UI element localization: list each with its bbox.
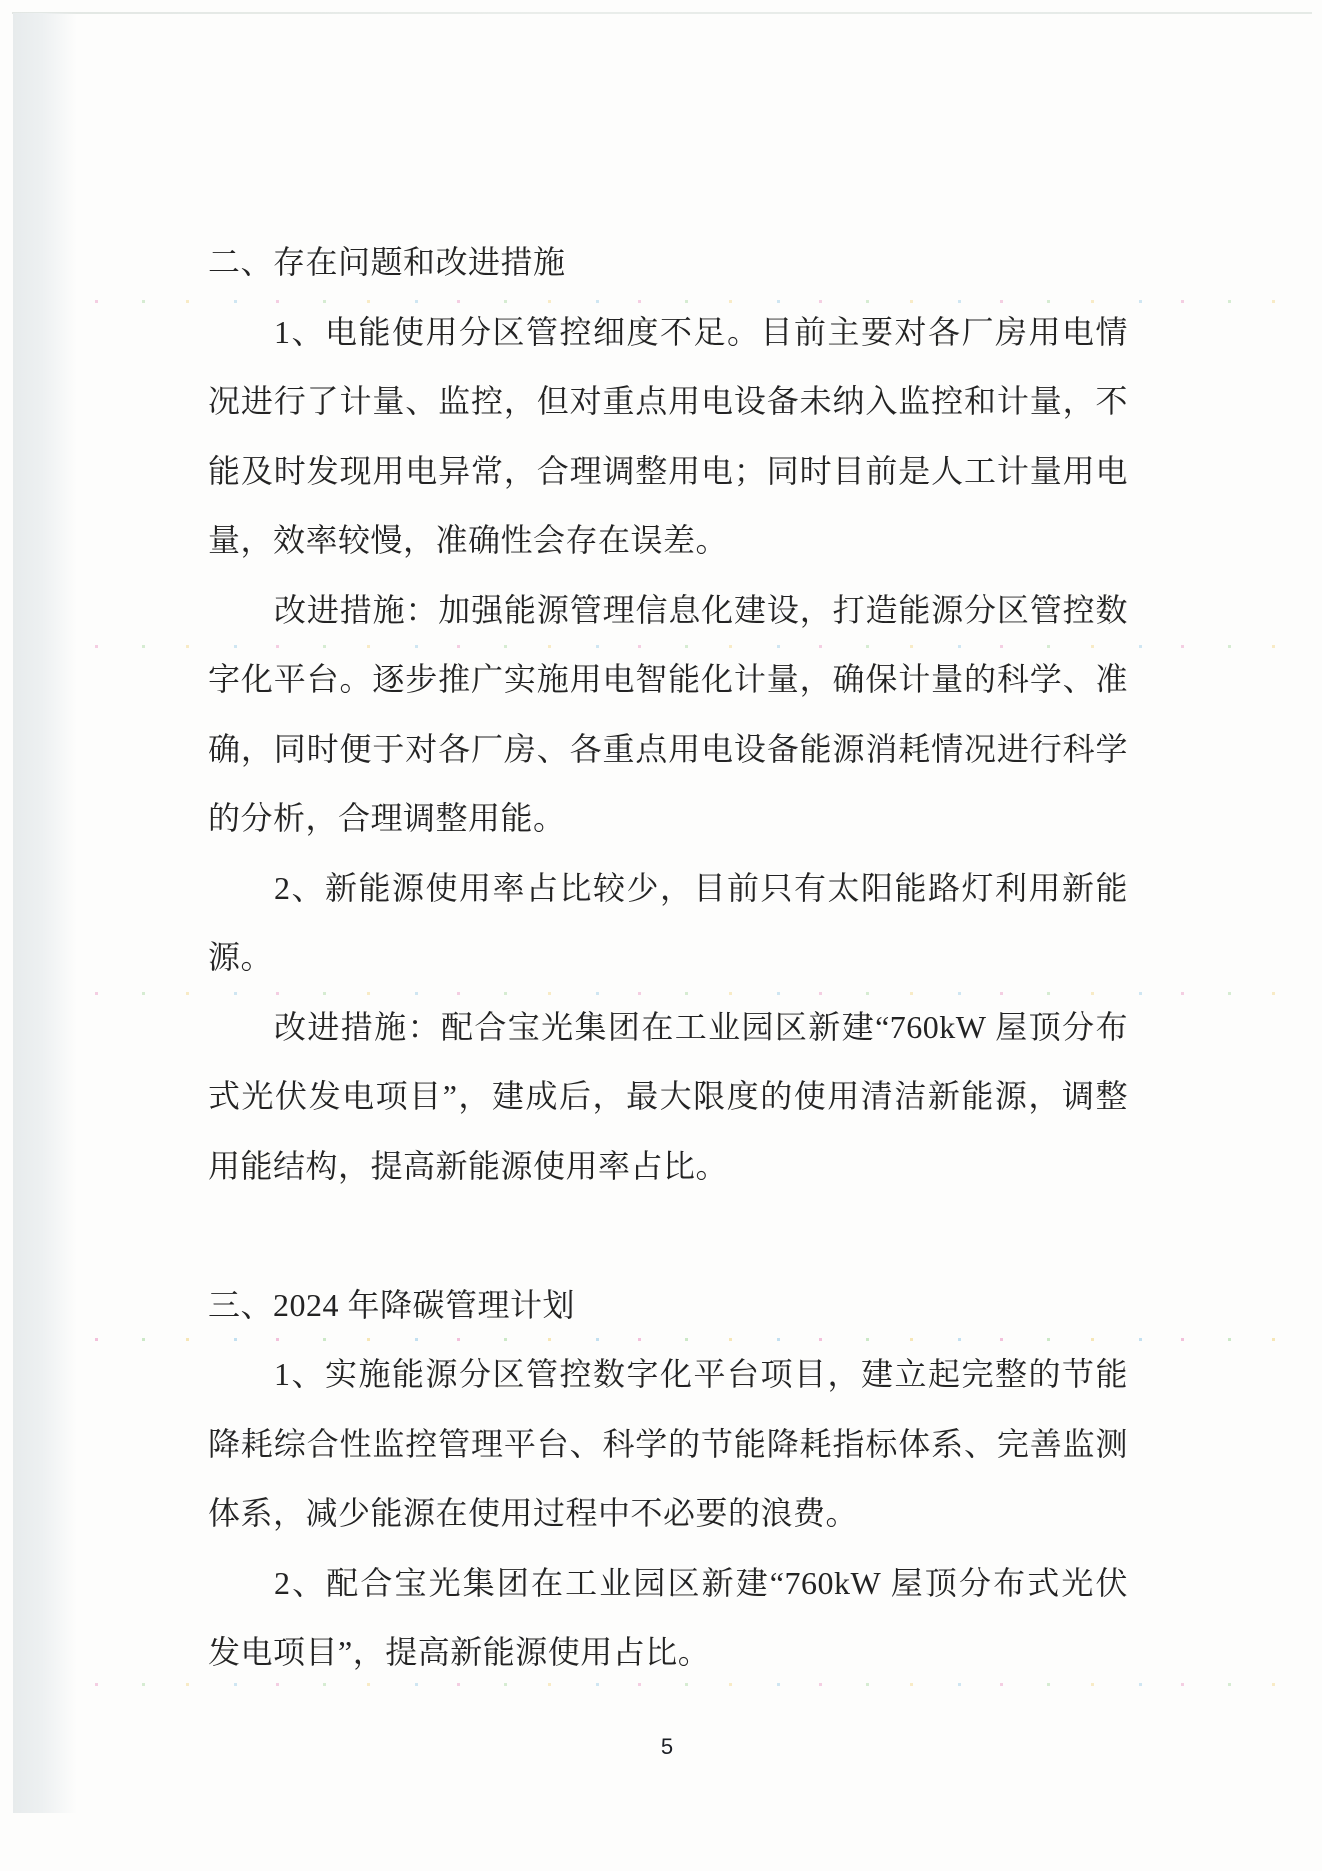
- text-line: 改进措施：加强能源管理信息化建设，打造能源分区管控数: [208, 576, 1128, 646]
- text-line: 字化平台。逐步推广实施用电智能化计量，确保计量的科学、准: [208, 645, 1128, 715]
- text-line: 2、新能源使用率占比较少，目前只有太阳能路灯利用新能: [208, 854, 1128, 924]
- text-line: 量，效率较慢，准确性会存在误差。: [208, 506, 1128, 576]
- text-line: 体系，减少能源在使用过程中不必要的浪费。: [208, 1479, 1128, 1549]
- section-heading: 三、2024 年降碳管理计划: [208, 1271, 1128, 1341]
- text-line: 发电项目”，提高新能源使用占比。: [208, 1618, 1128, 1688]
- text-line: 式光伏发电项目”，建成后，最大限度的使用清洁新能源，调整: [208, 1062, 1128, 1132]
- scan-top-edge: [12, 12, 1312, 14]
- text-line: 确，同时便于对各厂房、各重点用电设备能源消耗情况进行科学: [208, 715, 1128, 785]
- text-line: 用能结构，提高新能源使用率占比。: [208, 1132, 1128, 1202]
- section-2024-carbon-plan: 三、2024 年降碳管理计划 1、实施能源分区管控数字化平台项目，建立起完整的节…: [208, 1271, 1128, 1688]
- text-line: 2、配合宝光集团在工业园区新建“760kW 屋顶分布式光伏: [208, 1549, 1128, 1619]
- text-line: 1、电能使用分区管控细度不足。目前主要对各厂房用电情: [208, 298, 1128, 368]
- text-line: 能及时发现用电异常，合理调整用电；同时目前是人工计量用电: [208, 437, 1128, 507]
- scan-left-edge-shadow: [13, 13, 77, 1813]
- page-number: 5: [0, 1734, 1322, 1760]
- section-heading: 二、存在问题和改进措施: [208, 228, 1128, 298]
- text-line: 况进行了计量、监控，但对重点用电设备未纳入监控和计量，不: [208, 367, 1128, 437]
- document-body: 二、存在问题和改进措施 1、电能使用分区管控细度不足。目前主要对各厂房用电情 况…: [208, 228, 1128, 1688]
- text-line: 的分析，合理调整用能。: [208, 784, 1128, 854]
- document-page: 二、存在问题和改进措施 1、电能使用分区管控细度不足。目前主要对各厂房用电情 况…: [0, 0, 1322, 1871]
- text-line: 降耗综合性监控管理平台、科学的节能降耗指标体系、完善监测: [208, 1410, 1128, 1480]
- text-line: 1、实施能源分区管控数字化平台项目，建立起完整的节能: [208, 1340, 1128, 1410]
- section-problems-and-measures: 二、存在问题和改进措施 1、电能使用分区管控细度不足。目前主要对各厂房用电情 况…: [208, 228, 1128, 1201]
- text-line: 源。: [208, 923, 1128, 993]
- text-line: 改进措施：配合宝光集团在工业园区新建“760kW 屋顶分布: [208, 993, 1128, 1063]
